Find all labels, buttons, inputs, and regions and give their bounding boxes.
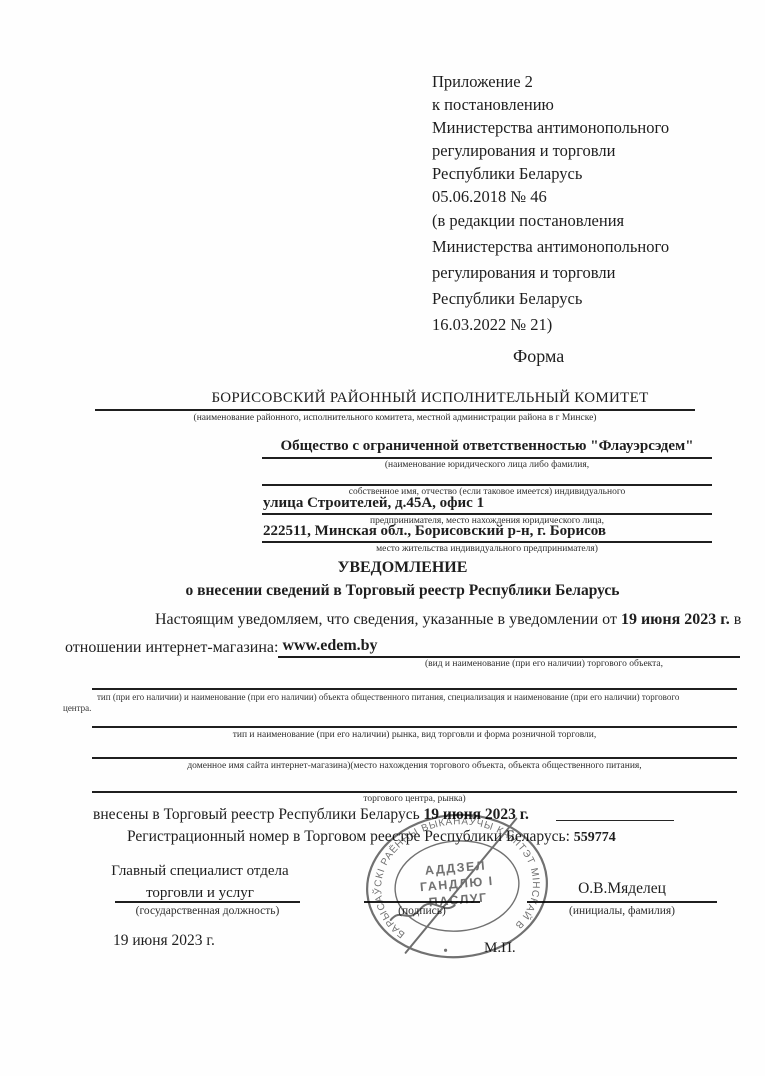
document-date: 19 июня 2023 г. [113, 932, 215, 950]
intro-text: в [734, 611, 742, 628]
appendix-line: 16.03.2022 № 21) [432, 312, 669, 338]
signer-position-line1: Главный специалист отдела [90, 860, 310, 882]
residence-caption: место жительства индивидуального предпри… [262, 544, 712, 554]
ruled-line [556, 820, 674, 821]
appendix-line: регулирования и торговли [432, 260, 669, 286]
org-name-caption: (наименование юридического лица либо фам… [262, 460, 712, 470]
notice-paragraph-line1: Настоящим уведомляем, что сведения, указ… [65, 611, 755, 629]
org-name-value: Общество с ограниченной ответственностью… [262, 438, 712, 455]
document-subtitle: о внесении сведений в Торговый реестр Ре… [65, 582, 740, 600]
intro-text: отношении интернет-магазина: [65, 638, 278, 658]
ruled-line [262, 513, 712, 515]
scanned-notification-document: Приложение 2 к постановлению Министерств… [0, 0, 765, 1076]
notice-date: 19 июня 2023 г. [621, 611, 730, 628]
fineprint-line: доменное имя сайта интернет-магазина)(ме… [92, 761, 737, 771]
official-stamp: БАРЫСАЎСКІ РАЁННЫ ВЫКАНАЎЧЫ КАМІТЭТ МІНС… [354, 802, 562, 970]
appendix-line: Приложение 2 [432, 70, 669, 93]
appendix-reference-block: Приложение 2 к постановлению Министерств… [432, 70, 669, 338]
intro-text: Настоящим уведомляем, что сведения, указ… [155, 611, 617, 628]
ruled-line [384, 636, 740, 658]
ruled-line [262, 484, 712, 486]
ruled-line [92, 688, 737, 690]
reg-number-value: 559774 [574, 830, 616, 845]
authority-name: БОРИСОВСКИЙ РАЙОННЫЙ ИСПОЛНИТЕЛЬНЫЙ КОМИ… [130, 390, 730, 407]
fineprint-line: торгового центра, рынка) [92, 794, 737, 804]
notice-paragraph-line2: отношении интернет-магазина: www.edem.by [65, 636, 740, 658]
fineprint-line: центра. [63, 703, 91, 713]
position-caption: (государственная должность) [115, 905, 300, 917]
ruled-line [115, 901, 300, 903]
document-title: УВЕДОМЛЕНИЕ [65, 559, 740, 577]
appendix-line: к постановлению [432, 93, 669, 116]
appendix-line: Республики Беларусь [432, 286, 669, 312]
ruled-line [95, 409, 695, 411]
stamp-dot [444, 949, 447, 952]
fineprint-line: тип и наименование (при его наличии) рын… [92, 730, 737, 740]
authority-caption: (наименование районного, исполнительного… [95, 413, 695, 423]
appendix-line: 05.06.2018 № 46 [432, 185, 669, 208]
ruled-line [92, 757, 737, 759]
appendix-line: Министерства антимонопольного [432, 234, 669, 260]
form-label: Форма [513, 346, 564, 367]
ruled-line [92, 726, 737, 728]
appendix-line: Министерства антимонопольного [432, 116, 669, 139]
store-domain-value: www.edem.by [278, 636, 383, 658]
ruled-line [262, 541, 712, 543]
address-street-value: улица Строителей, д.45А, офис 1 [263, 495, 484, 512]
object-caption: (вид и наименование (при его наличии) то… [348, 659, 740, 669]
ruled-line [262, 457, 712, 459]
address-city-value: 222511, Минская обл., Борисовский р-н, г… [263, 523, 606, 540]
stamp-center-line3: ПАСЛУГ [428, 890, 488, 909]
signer-position: Главный специалист отдела торговли и усл… [90, 860, 310, 904]
fineprint-line: тип (при его наличии) и наименование (пр… [97, 692, 737, 702]
appendix-line: (в редакции постановления [432, 208, 669, 234]
appendix-line: Республики Беларусь [432, 162, 669, 185]
appendix-line: регулирования и торговли [432, 139, 669, 162]
ruled-line [92, 791, 737, 793]
